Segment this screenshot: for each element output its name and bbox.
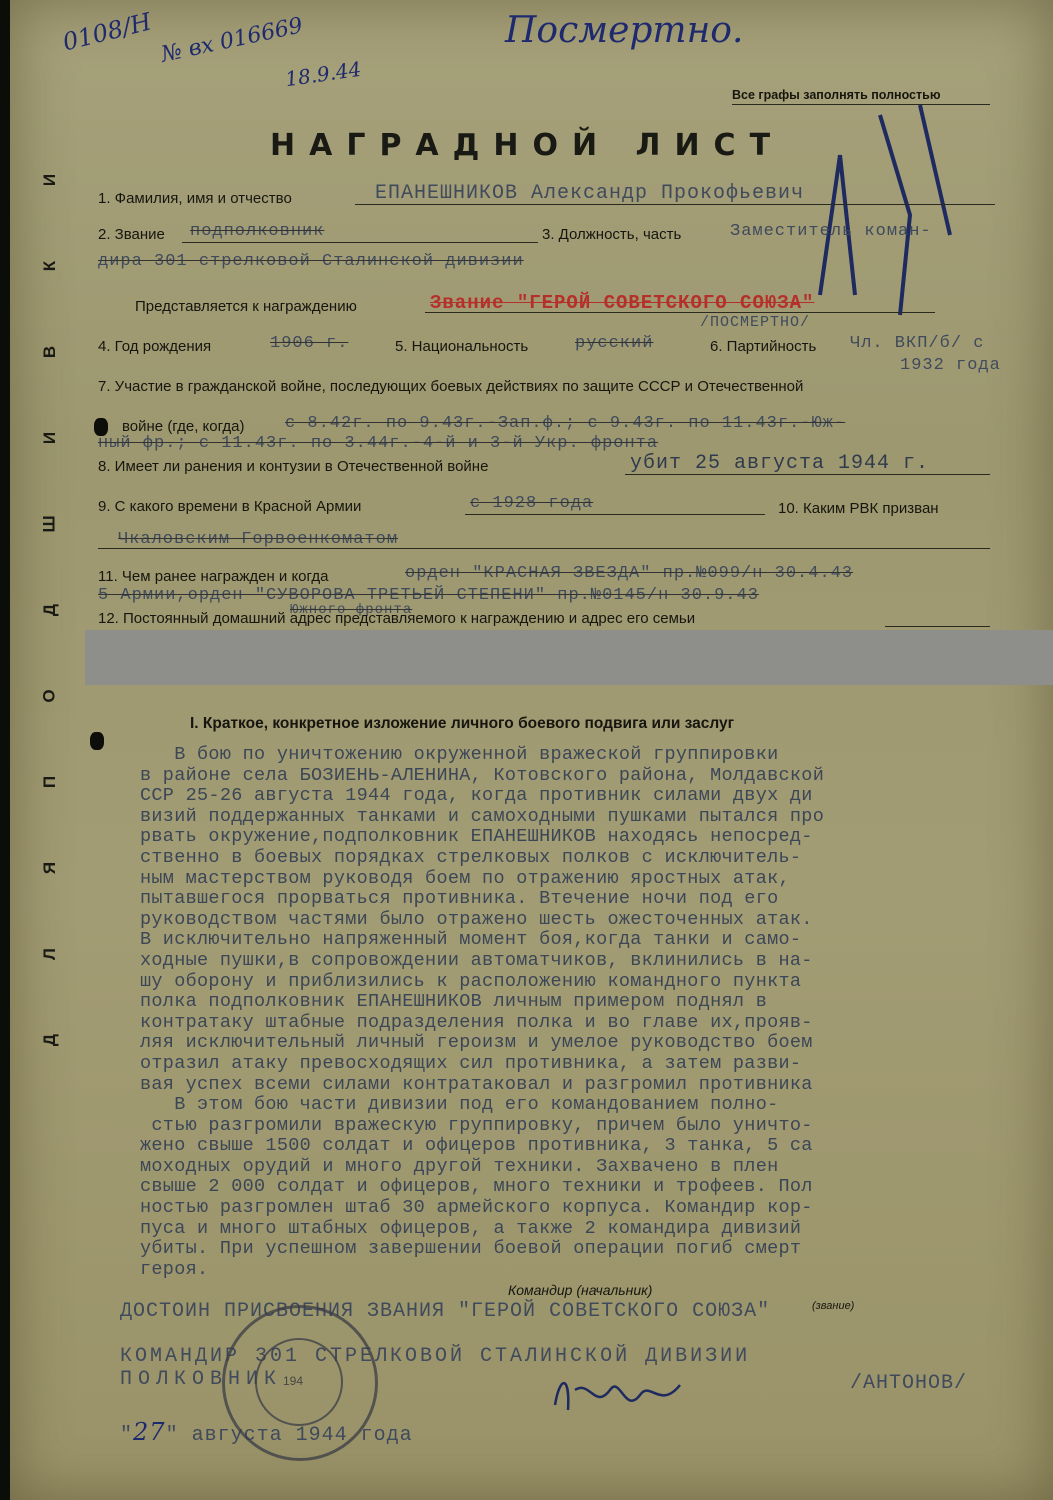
field-7-label-1: 7. Участие в гражданской войне, последую… <box>98 378 803 395</box>
conclusion-text: ДОСТОИН ПРИСВОЕНИЯ ЗВАНИЯ "ГЕРОЙ СОВЕТСК… <box>120 1300 770 1323</box>
field-11-label: 11. Чем ранее награжден и когда <box>98 568 328 585</box>
field-10-value: Чкаловским Горвоенкоматом <box>118 530 398 549</box>
signer-name: /АНТОНОВ/ <box>850 1372 967 1395</box>
side-label-for-stitching: И К В И Ш Д О П Я Л Д <box>38 170 62 1050</box>
field-1-label: 1. Фамилия, имя и отчество <box>98 190 292 207</box>
field-8-label: 8. Имеет ли ранения и контузии в Отечест… <box>98 458 488 475</box>
signer-position: КОМАНДИР 301 СТРЕЛКОВОЙ СТАЛИНСКОЙ ДИВИЗ… <box>120 1345 750 1368</box>
field-11-value-1: орден "КРАСНАЯ ЗВЕЗДА" пр.№099/н 30.4.43 <box>405 564 853 583</box>
field-9-label: 9. С какого времени в Красной Армии <box>98 498 361 515</box>
field-5-label: 5. Национальность <box>395 338 528 355</box>
field-4-value: 1906 г. <box>270 334 348 353</box>
field-2-label: 2. Звание <box>98 226 165 243</box>
narrative-text: В бою по уничтожению окруженной вражеско… <box>140 745 1020 1280</box>
field-11-value-2: 5 Армии,орден "СУВОРОВА ТРЕТЬЕЙ СТЕПЕНИ"… <box>98 586 759 605</box>
field-9-value: с 1928 года <box>470 494 593 513</box>
field-4-label: 4. Год рождения <box>98 338 211 355</box>
field-6-value-1: Чл. ВКП/б/ с <box>850 334 984 353</box>
field-1-value: ЕПАНЕШНИКОВ Александр Прокофьевич <box>375 182 804 205</box>
field-7-label-2: войне (где, когда) <box>122 418 245 435</box>
field-5-value: русский <box>575 334 653 353</box>
field-7-value-2: ный фр.; с 11.43г. по 3.44г.-4-й и 3-й У… <box>98 434 658 453</box>
commander-signature-icon <box>550 1370 690 1420</box>
field-7-value-1: с 8.42г. по 9.43г.-Зап.ф.; с 9.43г. по 1… <box>285 414 845 433</box>
redacted-address <box>85 630 1053 685</box>
field-3-label: 3. Должность, часть <box>542 226 681 243</box>
award-value: Звание "ГЕРОЙ СОВЕТСКОГО СОЮЗА" <box>430 292 814 314</box>
award-label: Представляется к награждению <box>135 298 357 315</box>
rank-label: (звание) <box>812 1300 854 1312</box>
award-note: /ПОСМЕРТНО/ <box>700 314 810 331</box>
section-title: I. Краткое, конкретное изложение личного… <box>190 715 734 733</box>
posthumous-note: Посмертно. <box>505 10 743 51</box>
commander-label: Командир (начальник) <box>508 1282 652 1298</box>
field-2-value: подполковник <box>190 222 324 241</box>
official-stamp: 194 <box>222 1305 378 1461</box>
field-6-label: 6. Партийность <box>710 338 816 355</box>
field-12-label: 12. Постоянный домашний адрес представля… <box>98 610 695 627</box>
document-title: НАГРАДНОЙ ЛИСТ <box>270 128 784 163</box>
field-3-value-2: дира 301 стрелковой Сталинской дивизии <box>98 252 524 271</box>
field-3-value-1: Заместитель коман- <box>730 222 932 241</box>
field-10-label: 10. Каким РВК призван <box>778 500 939 517</box>
handwritten-mark-icon <box>800 95 960 325</box>
field-6-value-2: 1932 года <box>900 356 1001 375</box>
binding-hole <box>90 732 104 750</box>
field-8-value: убит 25 августа 1944 г. <box>630 452 929 475</box>
